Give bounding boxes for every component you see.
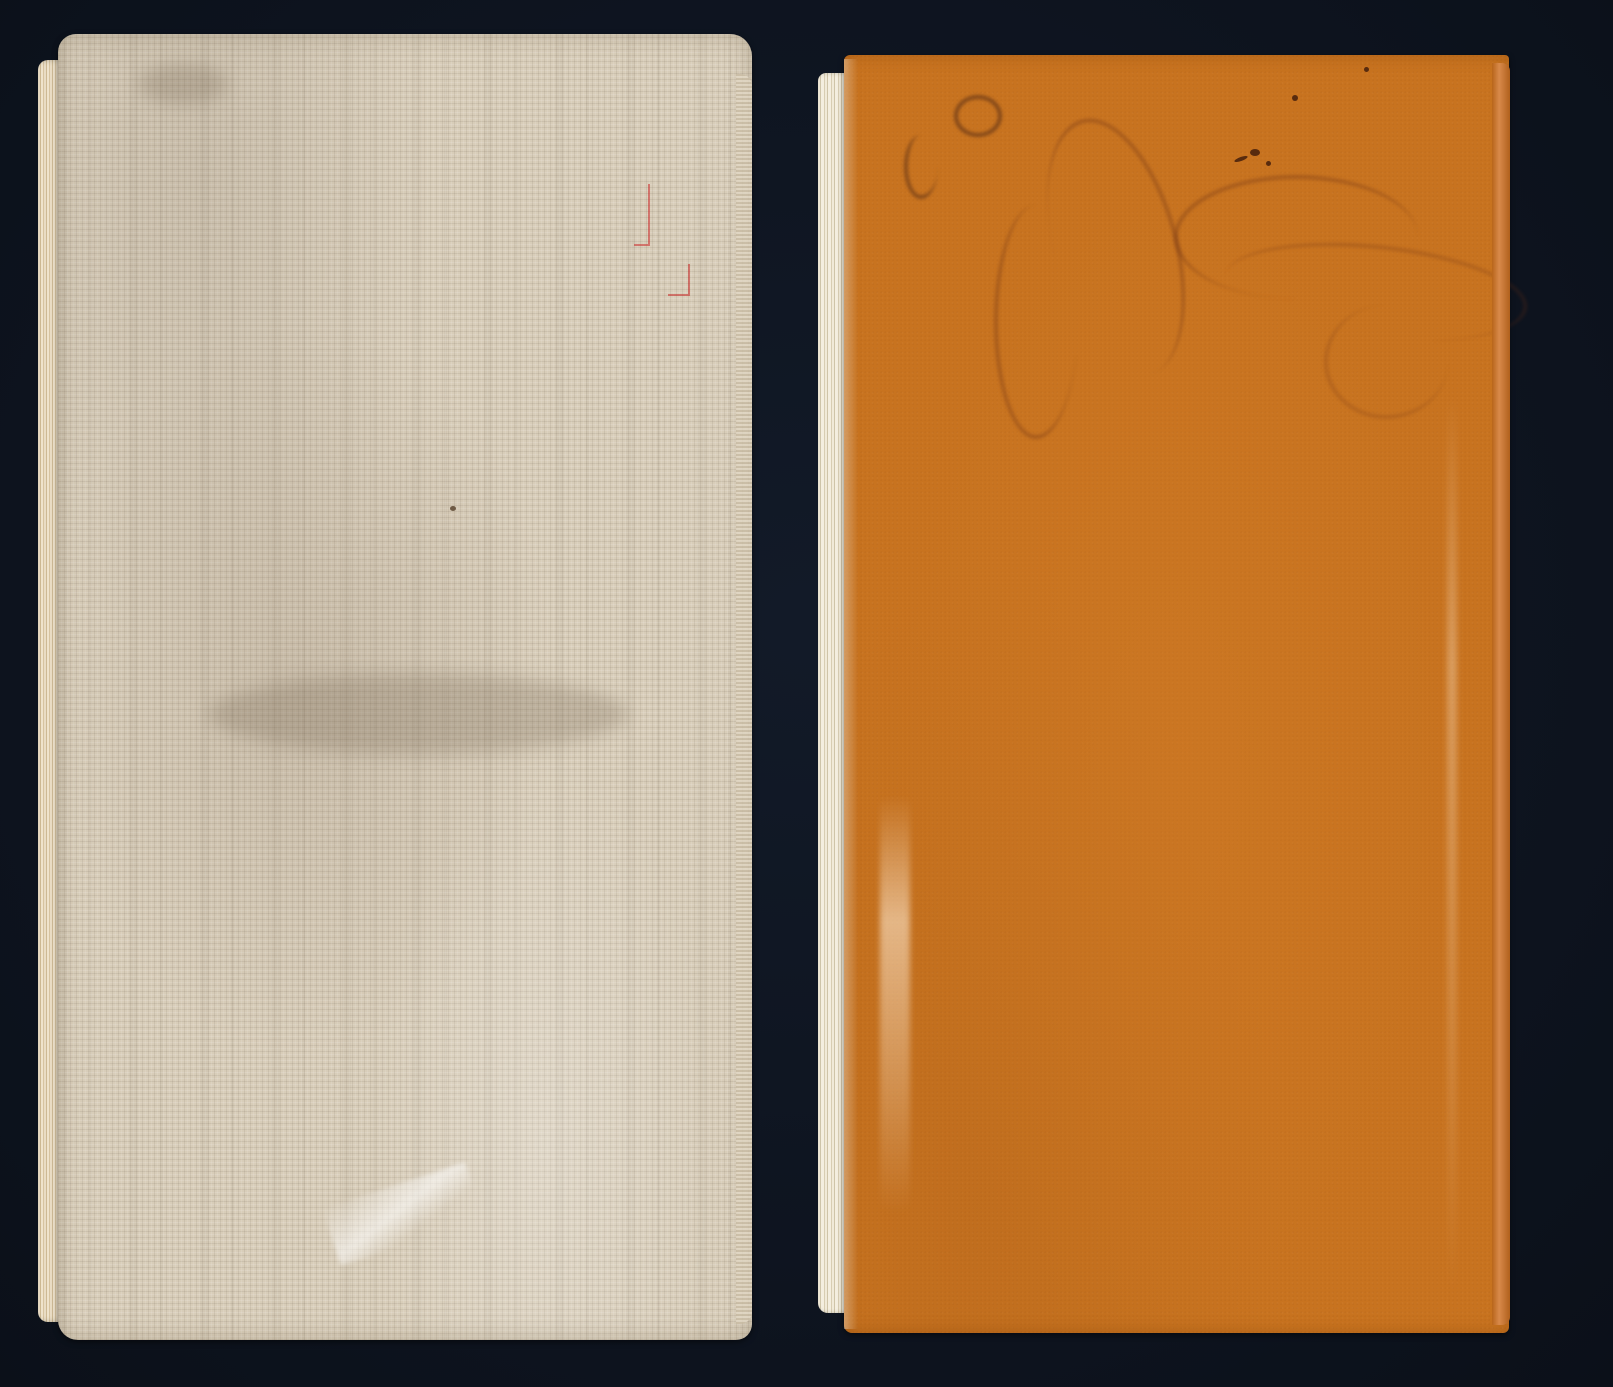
ink-spot — [1234, 155, 1249, 164]
cover-stain — [138, 64, 228, 104]
linen-book-cover — [58, 34, 752, 1340]
ink-spot — [1364, 67, 1369, 72]
frayed-cloth-edge — [736, 74, 752, 1324]
leather-book-cover — [844, 55, 1509, 1333]
leather-book — [818, 55, 1558, 1333]
cover-scuff — [322, 1162, 483, 1265]
linen-book — [38, 34, 756, 1340]
leather-hinge — [844, 59, 858, 1329]
ink-spot — [1266, 161, 1271, 166]
cover-stain — [208, 674, 628, 754]
leather-glare — [1447, 395, 1457, 1295]
leather-spine-edge — [1492, 63, 1510, 1325]
leather-glare — [880, 795, 910, 1215]
cover-speck — [450, 506, 456, 511]
red-pencil-mark — [634, 184, 650, 246]
photo-background — [0, 0, 1613, 1387]
red-pencil-mark — [668, 264, 690, 296]
pencil-sketch — [994, 205, 1078, 439]
pencil-sketch — [904, 135, 938, 199]
ink-spot — [1292, 95, 1298, 101]
ink-spot — [1250, 149, 1260, 156]
pencil-sketch — [954, 95, 1002, 137]
pencil-sketch — [1324, 305, 1448, 419]
